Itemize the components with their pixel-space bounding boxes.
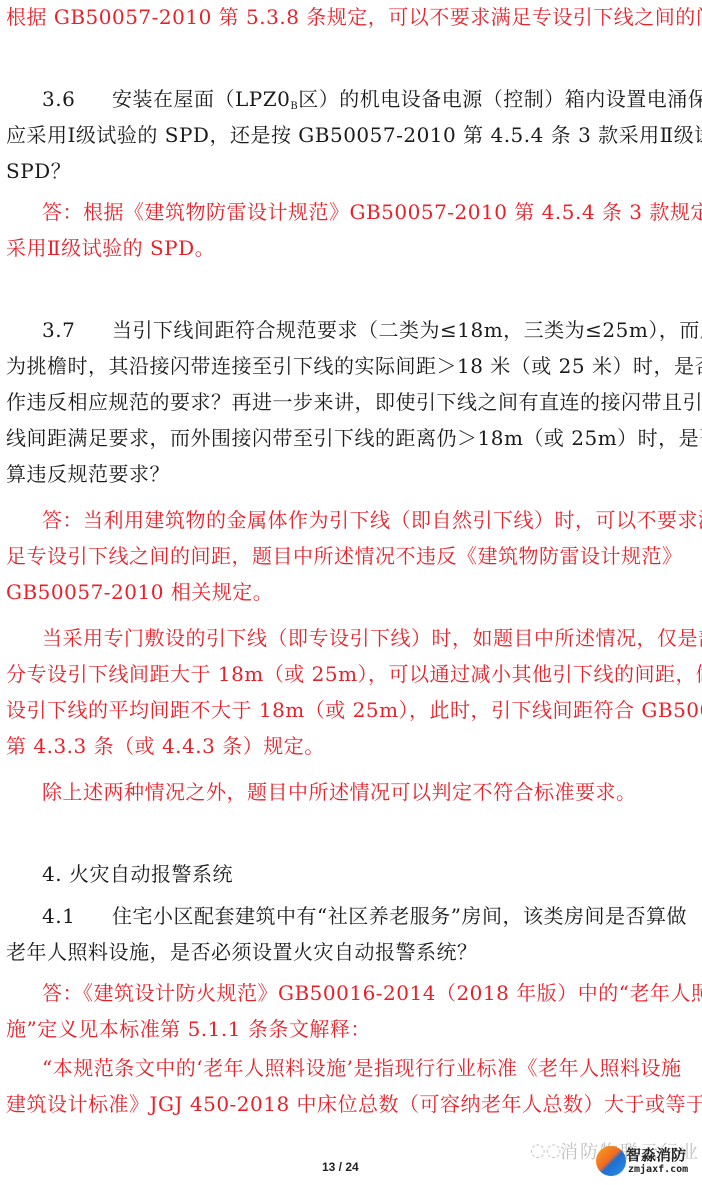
question-3-7-line-3: 作违反相应规范的要求？再进一步来讲，即使引下线之间有直连的接闪带且引下 [6, 389, 694, 415]
question-text: 住宅小区配套建筑中有“社区养老服务”房间，该类房间是否算做 [112, 904, 687, 928]
question-number: 4.1 [42, 903, 112, 929]
answer-4-1-line-1: 答：《建筑设计防火规范》GB50016-2014（2018 年版）中的“老年人照… [42, 980, 694, 1006]
answer-3-7-line-6: 设引下线的平均间距不大于 18m（或 25m），此时，引下线间距符合 GB500… [6, 697, 694, 723]
brand-name: 智淼消防 [626, 1144, 686, 1165]
question-3-7-line-1: 3.7当引下线间距符合规范要求（二类为≤18m，三类为≤25m），而屋面 [42, 317, 694, 343]
answer-4-1-line-3: “本规范条文中的‘老年人照料设施’是指现行行业标准《老年人照料设施 [42, 1055, 694, 1081]
answer-3-7-line-3: GB50057-2010 相关规定。 [6, 579, 694, 605]
question-3-6-line-2: 应采用Ⅰ级试验的 SPD，还是按 GB50057-2010 第 4.5.4 条 … [6, 122, 694, 148]
question-3-7-line-4: 线间距满足要求，而外围接闪带至引下线的距离仍＞18m（或 25m）时，是否还 [6, 425, 694, 451]
answer-3-6-line-1: 答：根据《建筑物防雷设计规范》GB50057-2010 第 4.5.4 条 3 … [42, 199, 694, 225]
wechat-icon: ◌◌ [530, 1140, 561, 1161]
watermark: ◌◌ 消防物联云行业 智淼消防 zmjaxf.com [530, 1136, 700, 1182]
answer-3-7-line-4: 当采用专门敷设的引下线（即专设引下线）时，如题目中所述情况，仅是部 [42, 625, 694, 651]
question-3-6-line-3: SPD？ [6, 158, 694, 184]
brand-logo-icon [596, 1146, 626, 1176]
answer-3-6-line-2: 采用Ⅱ级试验的 SPD。 [6, 235, 694, 261]
question-text: 安装在屋面（LPZ0 [112, 87, 290, 111]
page-indicator: 13 / 24 [322, 1160, 359, 1174]
brand-url: zmjaxf.com [628, 1164, 688, 1175]
answer-3-7-line-1: 答：当利用建筑物的金属体作为引下线（即自然引下线）时，可以不要求满 [42, 507, 694, 533]
answer-continuation: 根据 GB50057-2010 第 5.3.8 条规定，可以不要求满足专设引下线… [6, 4, 694, 30]
question-4-1-line-1: 4.1住宅小区配套建筑中有“社区养老服务”房间，该类房间是否算做 [42, 903, 694, 929]
question-3-6-line-1: 3.6安装在屋面（LPZ0B区）的机电设备电源（控制）箱内设置电涌保护， [42, 86, 694, 120]
answer-4-1-line-4: 建筑设计标准》JGJ 450-2018 中床位总数（可容纳老年人总数）大于或等于… [6, 1091, 694, 1117]
question-3-7-line-5: 算违反规范要求？ [6, 461, 694, 487]
answer-4-1-line-2: 施”定义见本标准第 5.1.1 条条文解释： [6, 1016, 694, 1042]
question-text: 区）的机电设备电源（控制）箱内设置电涌保护， [298, 87, 702, 111]
question-4-1-line-2: 老年人照料设施，是否必须设置火灾自动报警系统？ [6, 939, 694, 965]
question-number: 3.6 [42, 86, 112, 112]
section-heading-4: 4. 火灾自动报警系统 [42, 861, 694, 887]
question-number: 3.7 [42, 317, 112, 343]
answer-3-7-line-7: 第 4.3.3 条（或 4.4.3 条）规定。 [6, 733, 694, 759]
answer-3-7-line-8: 除上述两种情况之外，题目中所述情况可以判定不符合标准要求。 [42, 779, 694, 805]
answer-3-7-line-5: 分专设引下线间距大于 18m（或 25m），可以通过减小其他引下线的间距，做到专 [6, 661, 694, 687]
question-text: 当引下线间距符合规范要求（二类为≤18m，三类为≤25m），而屋面 [112, 318, 702, 342]
answer-3-7-line-2: 足专设引下线之间的间距，题目中所述情况不违反《建筑物防雷设计规范》 [6, 543, 694, 569]
question-3-7-line-2: 为挑檐时，其沿接闪带连接至引下线的实际间距＞18 米（或 25 米）时，是否算 [6, 353, 694, 379]
